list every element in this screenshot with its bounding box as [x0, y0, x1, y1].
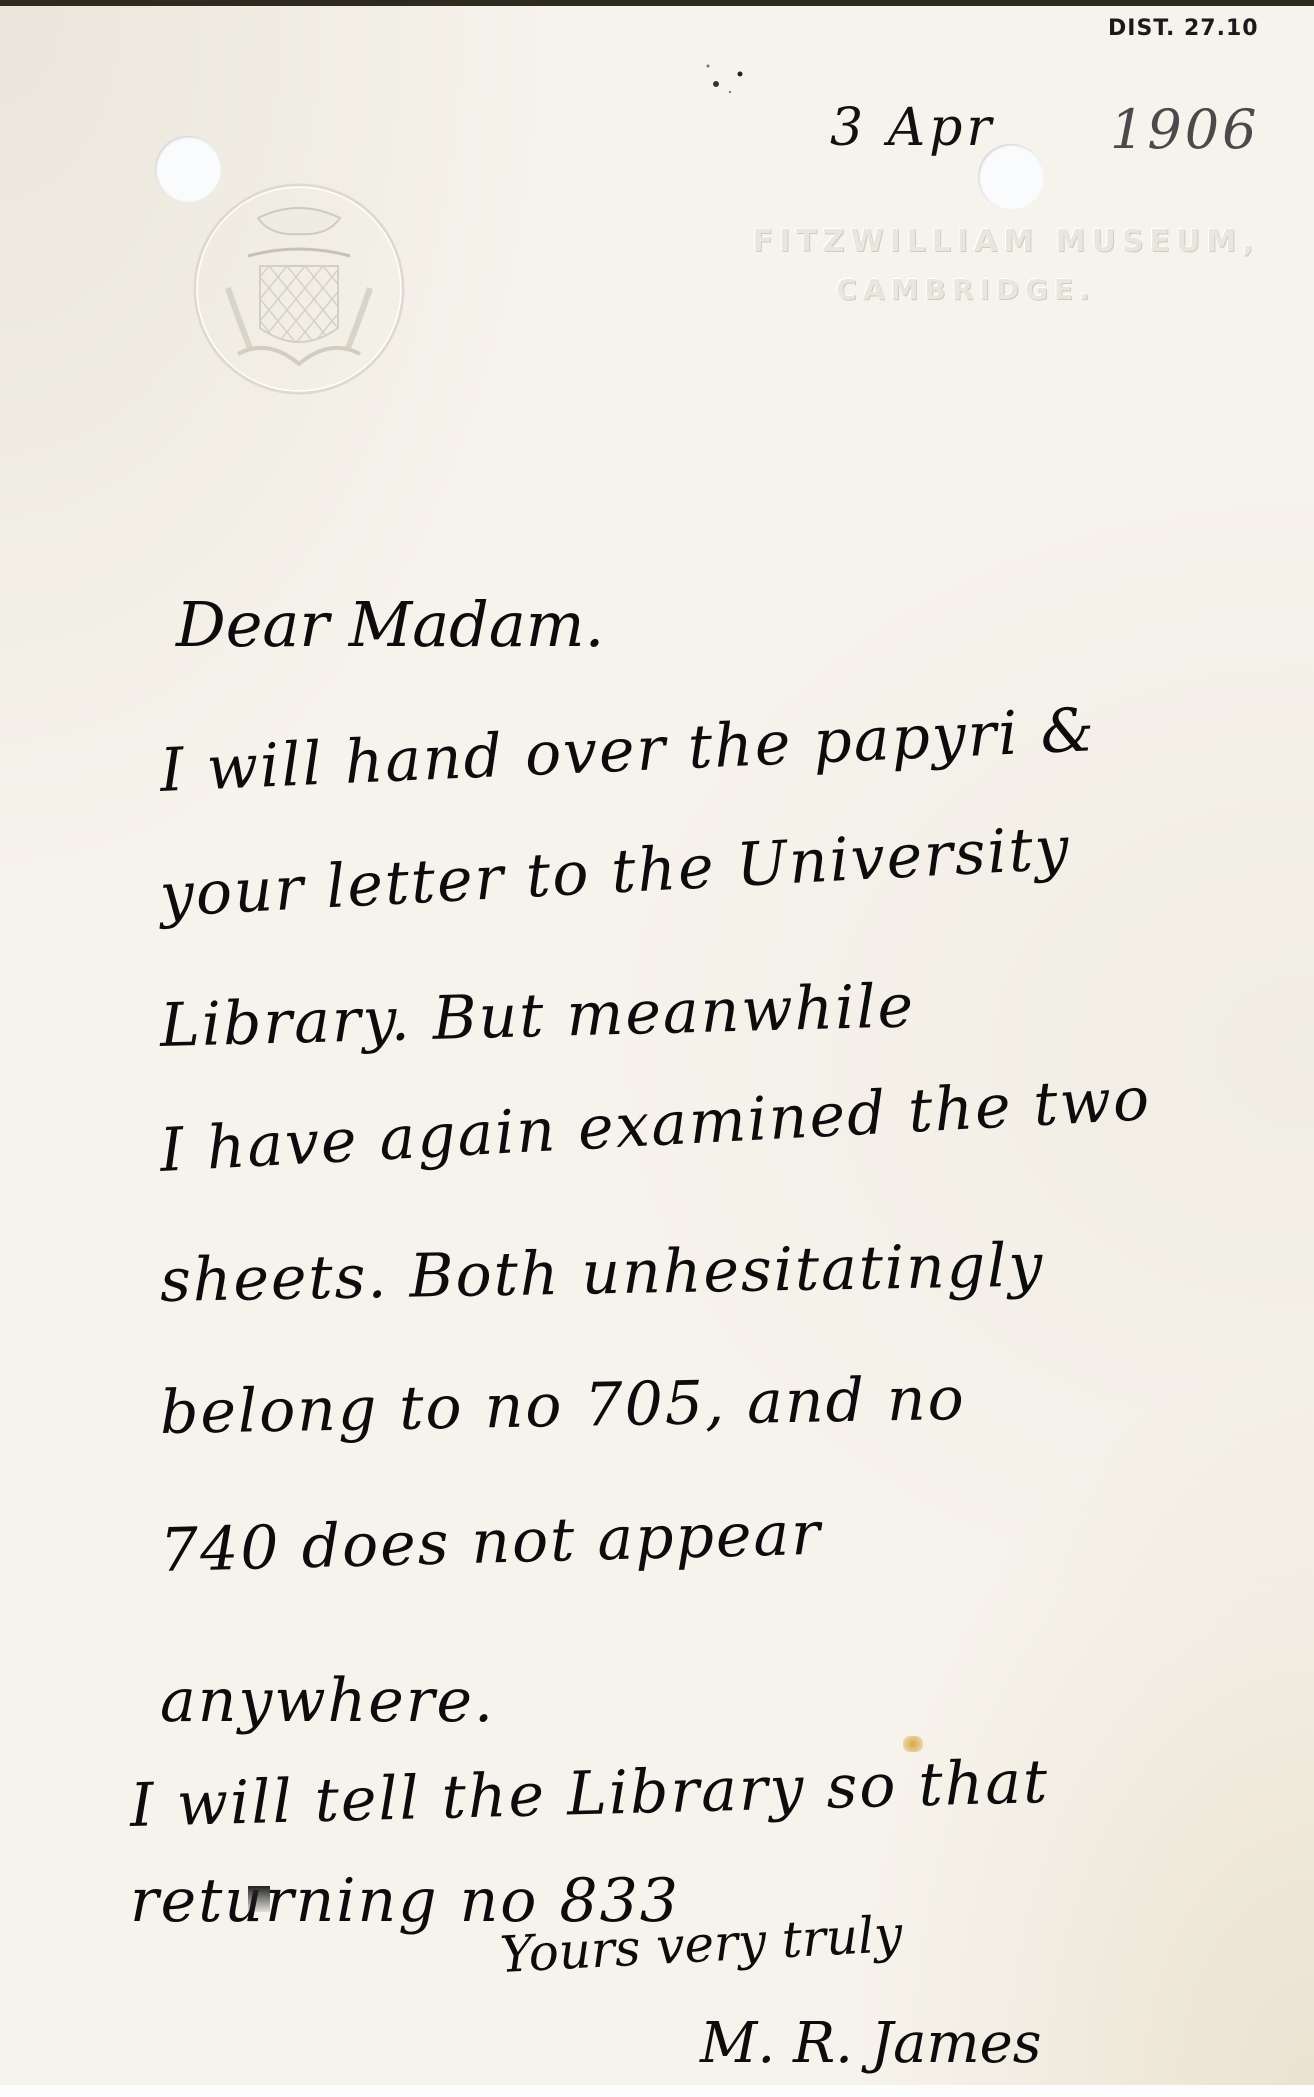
archive-reference: DIST. 27.10 [1108, 16, 1259, 41]
date-year: 1906 [1110, 98, 1259, 161]
ink-specks [700, 56, 760, 96]
letter-line: belong to no 705, and no [159, 1364, 966, 1448]
ink-smudge [248, 1886, 270, 1912]
letter-line: your letter to the University [158, 813, 1072, 931]
letter-sheet: DIST. 27.10 3 Apr 1906 FITZWILLIAM MUSEU… [0, 0, 1314, 2097]
letter-line: I will tell the Library so that [129, 1747, 1050, 1841]
letterhead-institution: FITZWILLIAM MUSEUM, [726, 224, 1286, 259]
salutation: Dear Madam. [176, 588, 604, 661]
letter-line: I have again examined the two [158, 1064, 1153, 1186]
letter-line: sheets. Both unhesitatingly [159, 1231, 1044, 1316]
date-day-month: 3 Apr [830, 98, 995, 158]
letter-line: I will hand over the papyri & [158, 695, 1097, 806]
letterhead: FITZWILLIAM MUSEUM, CAMBRIDGE. [726, 224, 1286, 306]
letter-line: Library. But meanwhile [159, 971, 916, 1061]
page-edge [0, 2085, 1314, 2097]
signature: M. R. James [700, 2011, 1042, 2076]
letter-line: anywhere. [160, 1666, 495, 1736]
ink-stain [903, 1736, 923, 1752]
letterhead-city: CAMBRIDGE. [726, 273, 1206, 306]
letter-line: 740 does not appear [159, 1499, 823, 1586]
embossed-crest-icon [188, 178, 410, 400]
